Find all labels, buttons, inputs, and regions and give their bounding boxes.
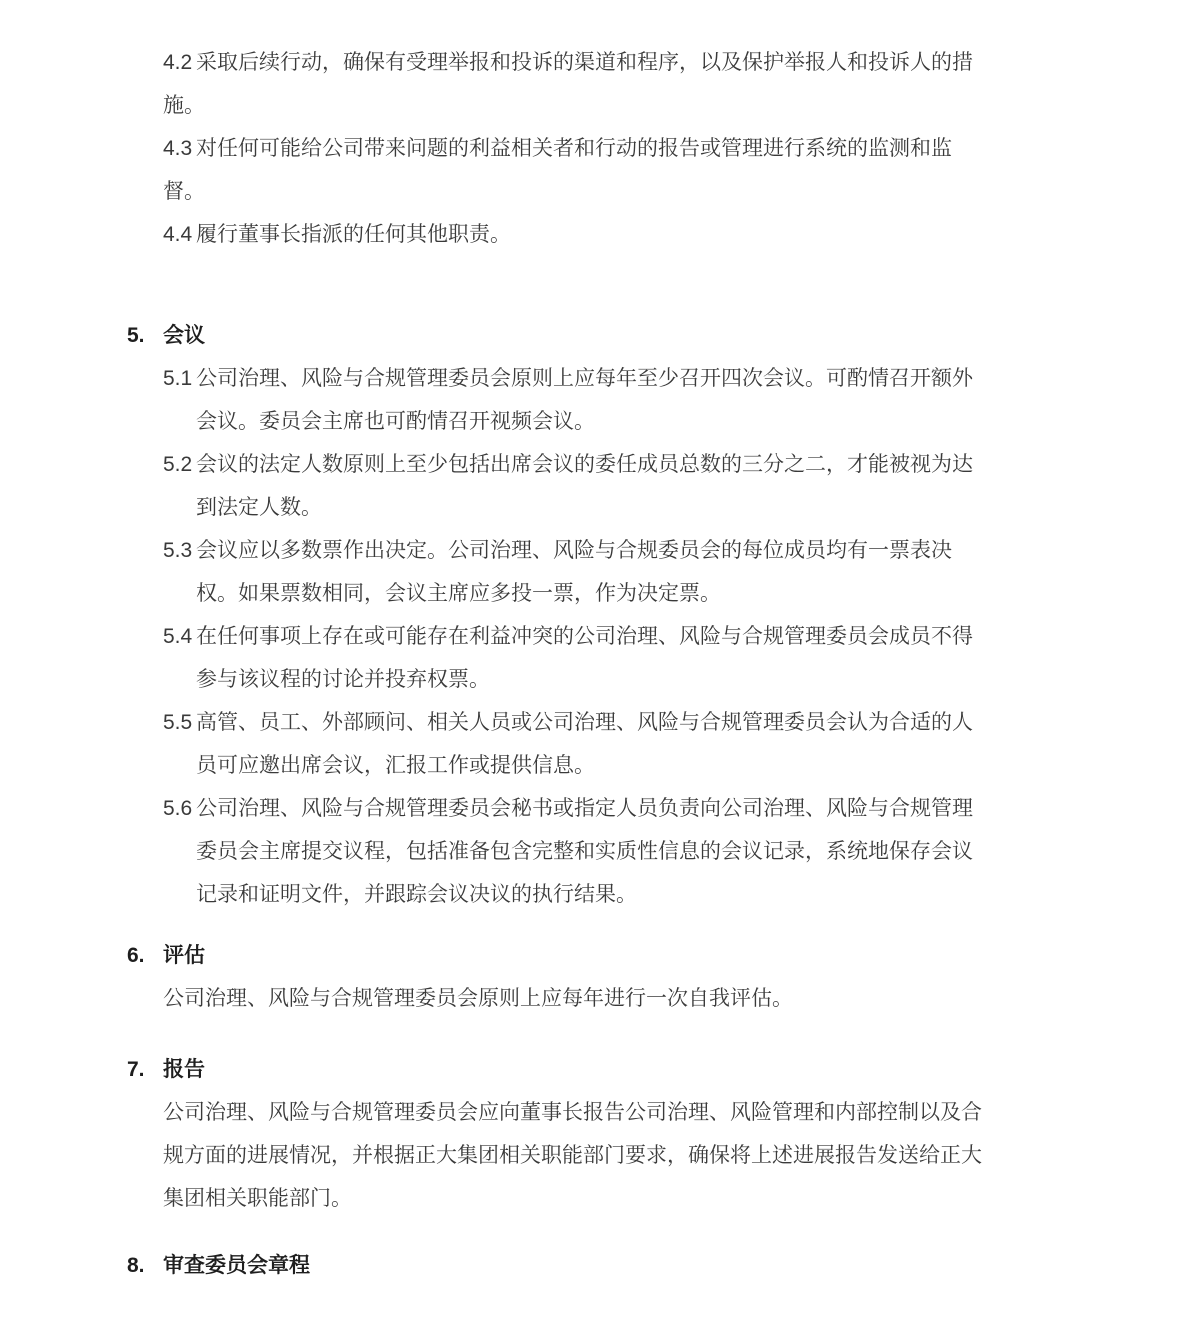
clause-line: 5.6公司治理、风险与合规管理委员会秘书或指定人员负责向公司治理、风险与合规管理 xyxy=(163,787,1190,830)
clause-5-1-number: 5.1 xyxy=(163,357,196,400)
clause-line: 4.4履行董事长指派的任何其他职责。 xyxy=(163,213,1190,256)
clause-5-3: 5.3会议应以多数票作出决定。公司治理、风险与合规委员会的每位成员均有一票表决 … xyxy=(163,529,1190,615)
clause-5-1-text: 公司治理、风险与合规管理委员会原则上应每年至少召开四次会议。可酌情召开额外 xyxy=(196,367,973,390)
clause-5-5-text-cont: 员可应邀出席会议，汇报工作或提供信息。 xyxy=(163,744,1190,787)
clause-4-4: 4.4履行董事长指派的任何其他职责。 xyxy=(163,213,1190,256)
clause-5-6-text: 公司治理、风险与合规管理委员会秘书或指定人员负责向公司治理、风险与合规管理 xyxy=(196,797,973,820)
clause-4-2: 4.2采取后续行动，确保有受理举报和投诉的渠道和程序，以及保护举报人和投诉人的措… xyxy=(163,41,1190,127)
clause-4-2-number: 4.2 xyxy=(163,41,196,84)
section-7-title: 报告 xyxy=(163,1058,205,1081)
document-page: 4.2采取后续行动，确保有受理举报和投诉的渠道和程序，以及保护举报人和投诉人的措… xyxy=(0,0,1190,1334)
section-7-number: 7. xyxy=(127,1048,163,1091)
clause-4-3-number: 4.3 xyxy=(163,127,196,170)
clause-4-3: 4.3对任何可能给公司带来问题的利益相关者和行动的报告或管理进行系统的监测和监 … xyxy=(163,127,1190,213)
clause-5-6: 5.6公司治理、风险与合规管理委员会秘书或指定人员负责向公司治理、风险与合规管理… xyxy=(163,787,1190,916)
clause-5-5-number: 5.5 xyxy=(163,701,196,744)
clause-5-4: 5.4在任何事项上存在或可能存在利益冲突的公司治理、风险与合规管理委员会成员不得… xyxy=(163,615,1190,701)
clause-line: 5.2会议的法定人数原则上至少包括出席会议的委任成员总数的三分之二，才能被视为达 xyxy=(163,443,1190,486)
section-5-title: 会议 xyxy=(163,324,205,347)
clause-line: 4.3对任何可能给公司带来问题的利益相关者和行动的报告或管理进行系统的监测和监 xyxy=(163,127,1190,170)
clause-5-2-number: 5.2 xyxy=(163,443,196,486)
clause-5-1-text-cont: 会议。委员会主席也可酌情召开视频会议。 xyxy=(163,400,1190,443)
section-7-heading: 7.报告 xyxy=(127,1048,1190,1091)
clause-5-4-number: 5.4 xyxy=(163,615,196,658)
clause-5-4-text: 在任何事项上存在或可能存在利益冲突的公司治理、风险与合规管理委员会成员不得 xyxy=(196,625,973,648)
clause-5-2-text-cont: 到法定人数。 xyxy=(163,486,1190,529)
clause-line: 5.3会议应以多数票作出决定。公司治理、风险与合规委员会的每位成员均有一票表决 xyxy=(163,529,1190,572)
clause-5-1: 5.1公司治理、风险与合规管理委员会原则上应每年至少召开四次会议。可酌情召开额外… xyxy=(163,357,1190,443)
section-8-number: 8. xyxy=(127,1244,163,1287)
clause-line: 5.5高管、员工、外部顾问、相关人员或公司治理、风险与合规管理委员会认为合适的人 xyxy=(163,701,1190,744)
clause-4-3-text-cont: 督。 xyxy=(163,170,1190,213)
clause-5-6-number: 5.6 xyxy=(163,787,196,830)
clause-4-3-text: 对任何可能给公司带来问题的利益相关者和行动的报告或管理进行系统的监测和监 xyxy=(196,137,952,160)
clause-line: 5.1公司治理、风险与合规管理委员会原则上应每年至少召开四次会议。可酌情召开额外 xyxy=(163,357,1190,400)
section-6-number: 6. xyxy=(127,934,163,977)
section-6-heading: 6.评估 xyxy=(127,934,1190,977)
clause-line: 4.2采取后续行动，确保有受理举报和投诉的渠道和程序，以及保护举报人和投诉人的措 xyxy=(163,41,1190,84)
clause-line: 5.4在任何事项上存在或可能存在利益冲突的公司治理、风险与合规管理委员会成员不得 xyxy=(163,615,1190,658)
section-7-body: 公司治理、风险与合规管理委员会应向董事长报告公司治理、风险管理和内部控制以及合 … xyxy=(163,1091,1190,1220)
clause-5-6-text-cont: 委员会主席提交议程，包括准备包含完整和实质性信息的会议记录，系统地保存会议 xyxy=(163,830,1190,873)
section-6-body-text: 公司治理、风险与合规管理委员会原则上应每年进行一次自我评估。 xyxy=(163,977,1190,1020)
clause-5-5-text: 高管、员工、外部顾问、相关人员或公司治理、风险与合规管理委员会认为合适的人 xyxy=(196,711,973,734)
clause-5-4-text-cont: 参与该议程的讨论并投弃权票。 xyxy=(163,658,1190,701)
clause-5-5: 5.5高管、员工、外部顾问、相关人员或公司治理、风险与合规管理委员会认为合适的人… xyxy=(163,701,1190,787)
clause-4-2-text-cont: 施。 xyxy=(163,84,1190,127)
section-8-heading: 8.审查委员会章程 xyxy=(127,1244,1190,1287)
clause-5-3-text-cont: 权。如果票数相同，会议主席应多投一票，作为决定票。 xyxy=(163,572,1190,615)
clause-4-4-number: 4.4 xyxy=(163,213,196,256)
section-5-number: 5. xyxy=(127,314,163,357)
section-7-body-text: 集团相关职能部门。 xyxy=(163,1177,1190,1220)
section-6-body: 公司治理、风险与合规管理委员会原则上应每年进行一次自我评估。 xyxy=(163,977,1190,1020)
clause-5-6-text-cont: 记录和证明文件，并跟踪会议决议的执行结果。 xyxy=(163,873,1190,916)
clause-5-3-text: 会议应以多数票作出决定。公司治理、风险与合规委员会的每位成员均有一票表决 xyxy=(196,539,952,562)
section-7-body-text: 规方面的进展情况，并根据正大集团相关职能部门要求，确保将上述进展报告发送给正大 xyxy=(163,1134,1190,1177)
section-6-title: 评估 xyxy=(163,944,205,967)
clause-5-2: 5.2会议的法定人数原则上至少包括出席会议的委任成员总数的三分之二，才能被视为达… xyxy=(163,443,1190,529)
section-7-body-text: 公司治理、风险与合规管理委员会应向董事长报告公司治理、风险管理和内部控制以及合 xyxy=(163,1091,1190,1134)
clause-5-3-number: 5.3 xyxy=(163,529,196,572)
section-5-heading: 5.会议 xyxy=(127,314,1190,357)
section-8-title: 审查委员会章程 xyxy=(163,1254,310,1277)
clause-4-2-text: 采取后续行动，确保有受理举报和投诉的渠道和程序，以及保护举报人和投诉人的措 xyxy=(196,51,973,74)
clause-5-2-text: 会议的法定人数原则上至少包括出席会议的委任成员总数的三分之二，才能被视为达 xyxy=(196,453,973,476)
clause-4-4-text: 履行董事长指派的任何其他职责。 xyxy=(196,223,511,246)
